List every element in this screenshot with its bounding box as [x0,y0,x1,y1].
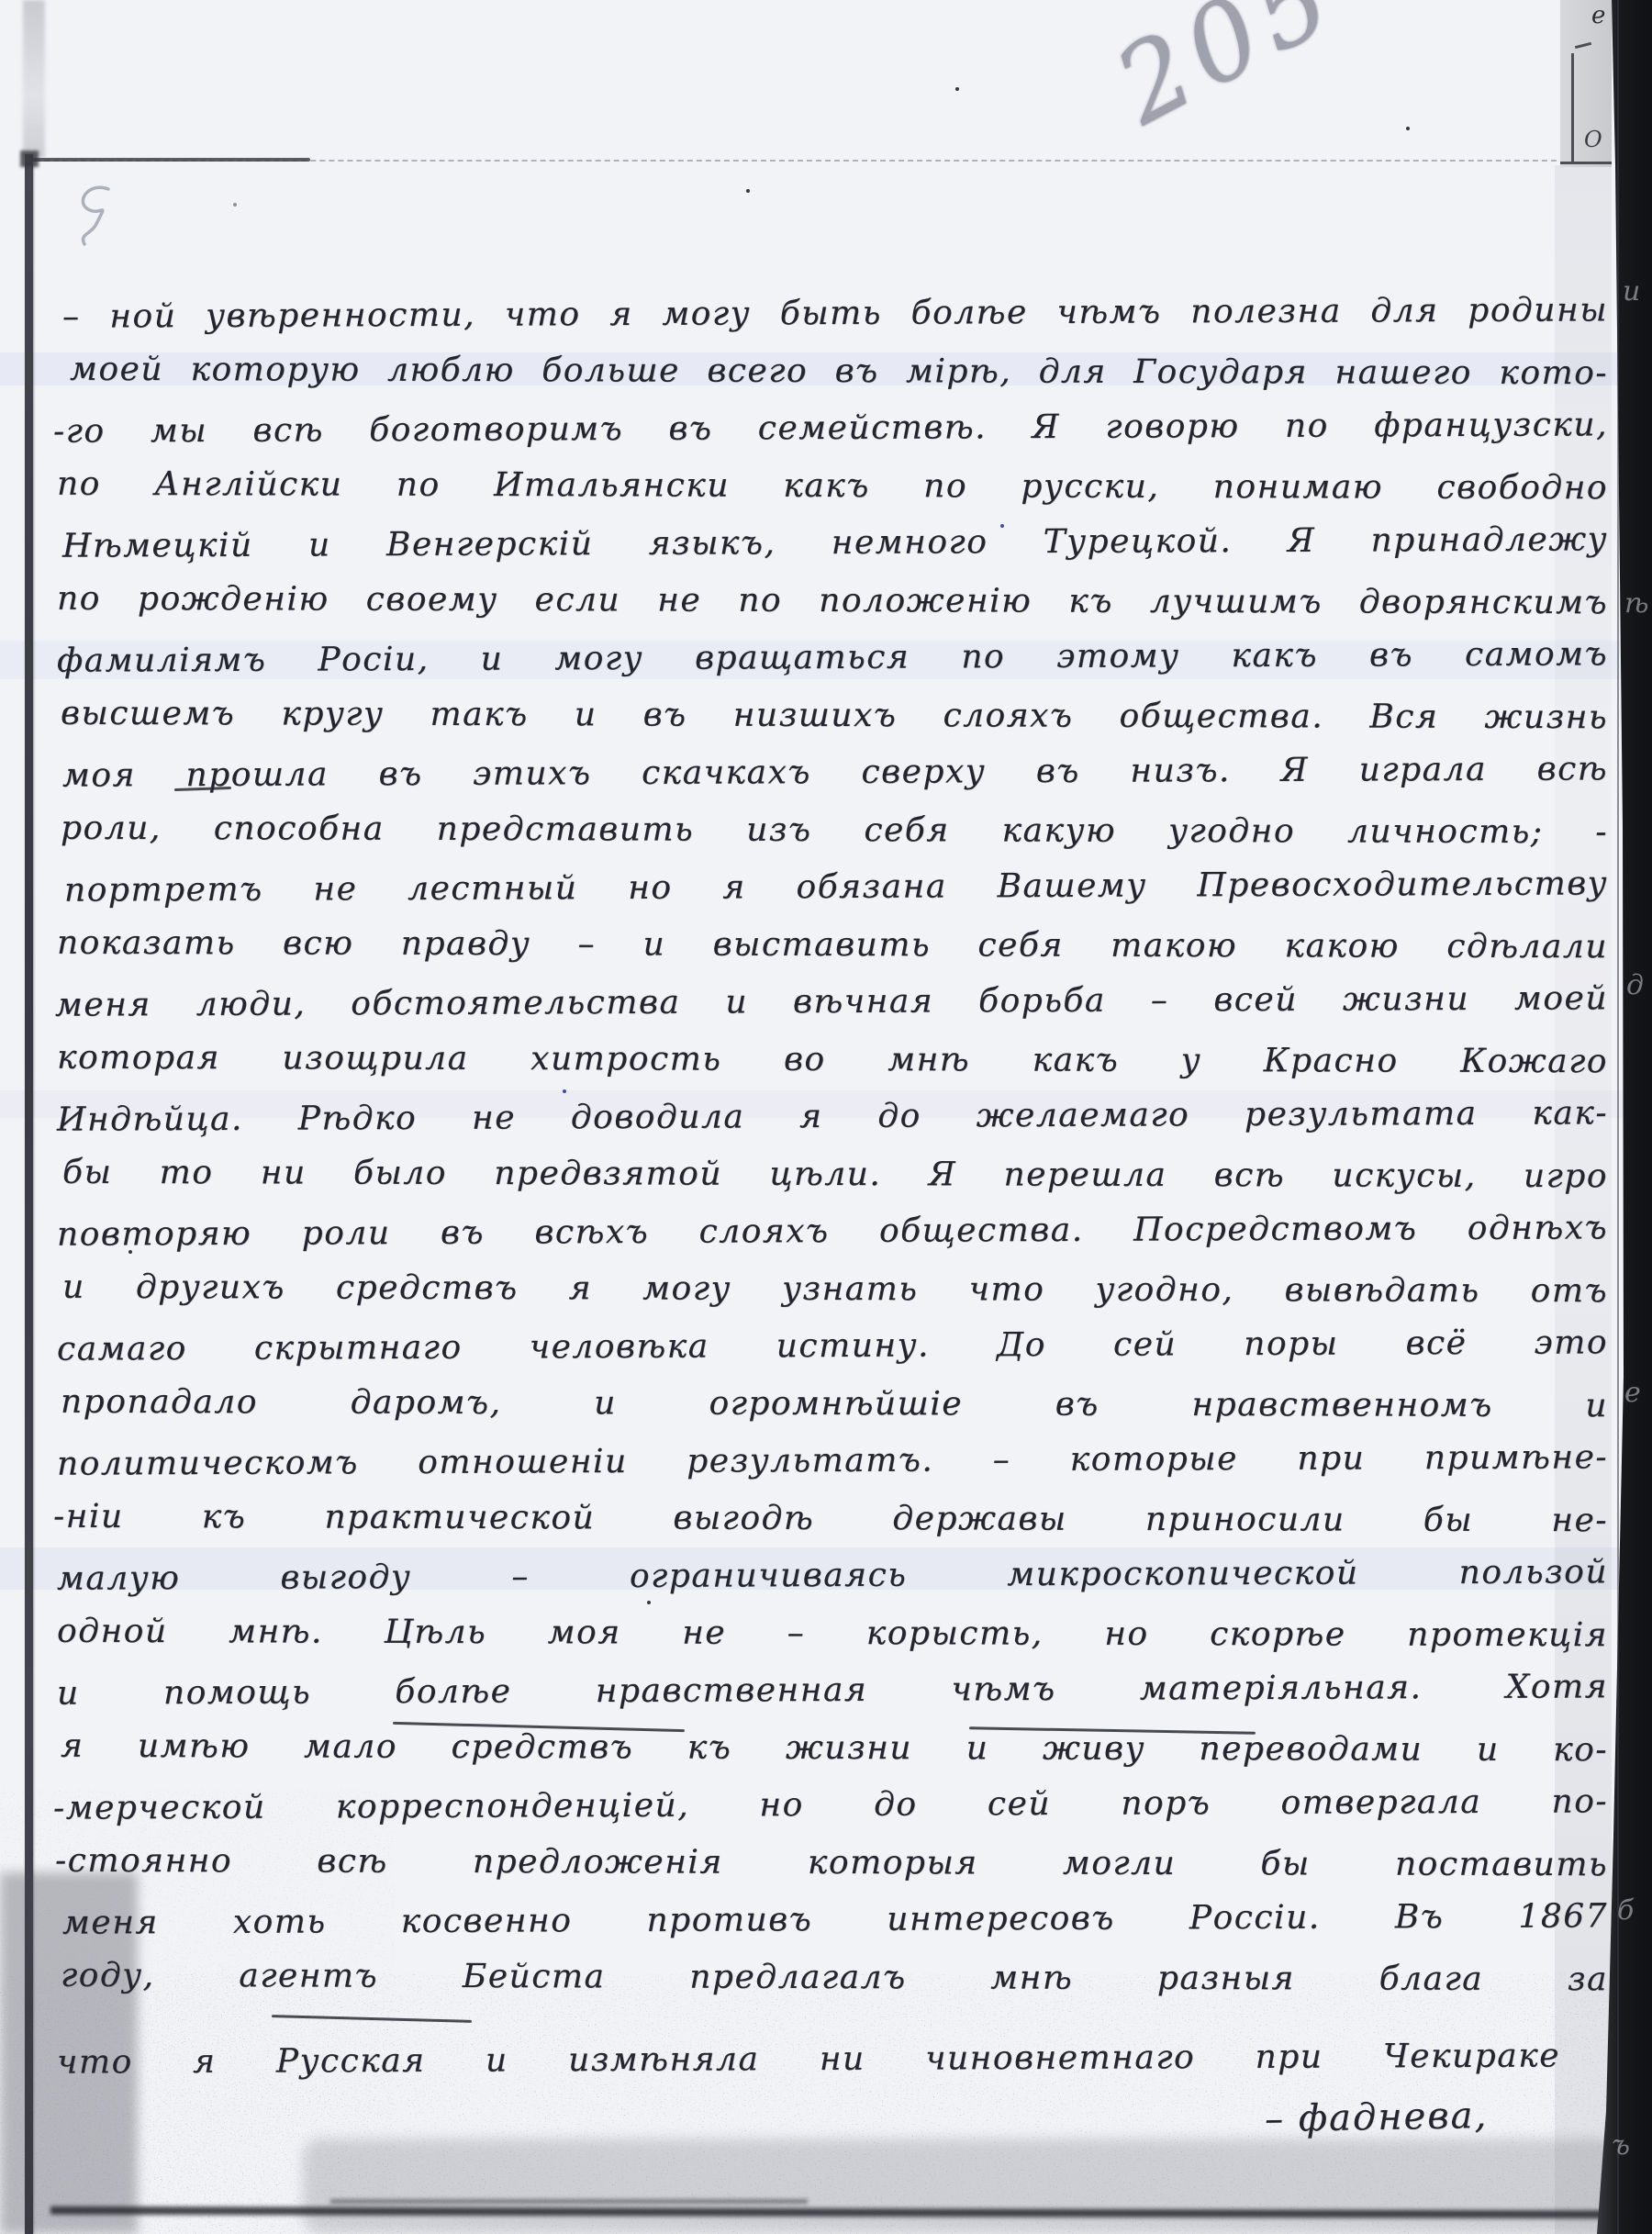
manuscript-line: меня люди, обстоятельства и вѣчная борьб… [55,977,1608,1026]
manuscript-line: моя прошла въ этихъ скачкахъ сверху въ н… [62,748,1608,797]
manuscript-line: самаго скрытнаго человѣка истину. До сей… [57,1322,1608,1370]
manuscript-line: моей которую люблю больше всего въ мірѣ,… [70,349,1608,395]
manuscript-line: по рожденію своему если не по положенію … [57,578,1608,624]
scanned-letter-page: – ной увѣренности, что я могу быть болѣе… [0,0,1652,2234]
manuscript-line: по Англійски по Итальянски какъ по русск… [57,464,1608,509]
edge-text-fragment: и [1623,275,1640,307]
manuscript-line: роли, способна представить изъ себя каку… [61,808,1608,854]
manuscript-line: повторяю роли въ всѣхъ слояхъ общества. … [57,1207,1608,1256]
edge-text-fragment: е [1624,1377,1641,1409]
pencil-scribble-mark [61,180,128,257]
manuscript-line: бы то ни было предвзятой цѣли. Я перешла… [62,1152,1608,1198]
ink-underline [272,2015,472,2023]
edge-text-fragment: е [1591,2,1605,29]
ink-dot [1000,524,1004,528]
manuscript-line: одной мнѣ. Цѣль моя не – корысть, но ско… [57,1611,1608,1657]
manuscript-line: политическомъ отношеніи результатъ. – ко… [57,1436,1608,1485]
pencil-folio-number: 205 [1097,0,1356,149]
ink-dot [955,87,959,91]
edge-text-fragment: ъ [1612,2129,1630,2161]
ink-dot [746,189,750,193]
manuscript-line: портретъ не лестный но я обязана Вашему … [64,863,1608,911]
edge-text-fragment: д [1626,969,1644,1001]
manuscript-line: которая изощрила хитрость во мнѣ какъ у … [57,1037,1608,1083]
left-border-smudge [23,0,45,158]
ink-dot [1406,127,1410,130]
ink-dot [647,1601,651,1604]
edge-text-fragment: ѣ [1624,587,1648,620]
manuscript-line: пропадало даромъ, и огромнѣйшіе въ нравс… [61,1381,1608,1427]
manuscript-line: -го мы всѣ боготворимъ въ семействѣ. Я г… [53,404,1608,452]
edge-text-fragment: б [1617,1894,1634,1927]
manuscript-line: Нѣмецкій и Венгерскій языкъ, немного Тур… [62,519,1608,567]
border-corner [20,151,39,167]
manuscript-line: – ной увѣренности, что я могу быть болѣе… [62,289,1608,338]
manuscript-line: Индѣйца. Рѣдко не доводила я до желаемаг… [57,1092,1608,1141]
photocopy-smudge [303,2139,1615,2234]
edge-text-fragment: О [1584,127,1602,152]
manuscript-line: я имѣю мало средствъ къ жизни и живу пер… [61,1726,1608,1771]
manuscript-line: малую выгоду – ограничиваясь микроскопич… [57,1551,1608,1600]
left-page-border [25,154,33,2234]
manuscript-line: фамиліямъ Росіи, и могу вращаться по это… [57,633,1608,682]
strip-form-line-horizontal [1560,162,1612,164]
manuscript-line: -стоянно всѣ предложенія которыя могли б… [55,1840,1608,1886]
manuscript-line: показать всю правду – и выставить себя т… [57,922,1608,968]
signature: – фаднева, [1265,2094,1489,2140]
ink-dot [128,1250,132,1254]
manuscript-line: -ніи къ практической выгодѣ державы прин… [53,1496,1608,1542]
manuscript-line: и помощь болѣе нравственная чѣмъ матерія… [57,1666,1608,1715]
manuscript-line: -мерческой корреспонденціей, но до сей п… [53,1781,1608,1829]
strip-form-line-vertical [1571,53,1574,162]
manuscript-line: и другихъ средствъ я могу узнать что уго… [62,1267,1608,1312]
manuscript-line: году, агентъ Бейста предлагалъ мнѣ разны… [61,1955,1608,2001]
manuscript-line: что я Русская и измѣняла ни чиновнетнаго… [57,2035,1560,2083]
manuscript-line: высшемъ кругу такъ и въ низшихъ слояхъ о… [61,693,1608,739]
manuscript-line: меня хоть косвенно противъ интересовъ Ро… [62,1895,1608,1944]
ink-dot [563,1089,566,1093]
bottom-dark-streak-2 [330,2199,808,2204]
top-copy-rule-dark-segment [26,158,310,162]
ink-dot [233,203,237,207]
